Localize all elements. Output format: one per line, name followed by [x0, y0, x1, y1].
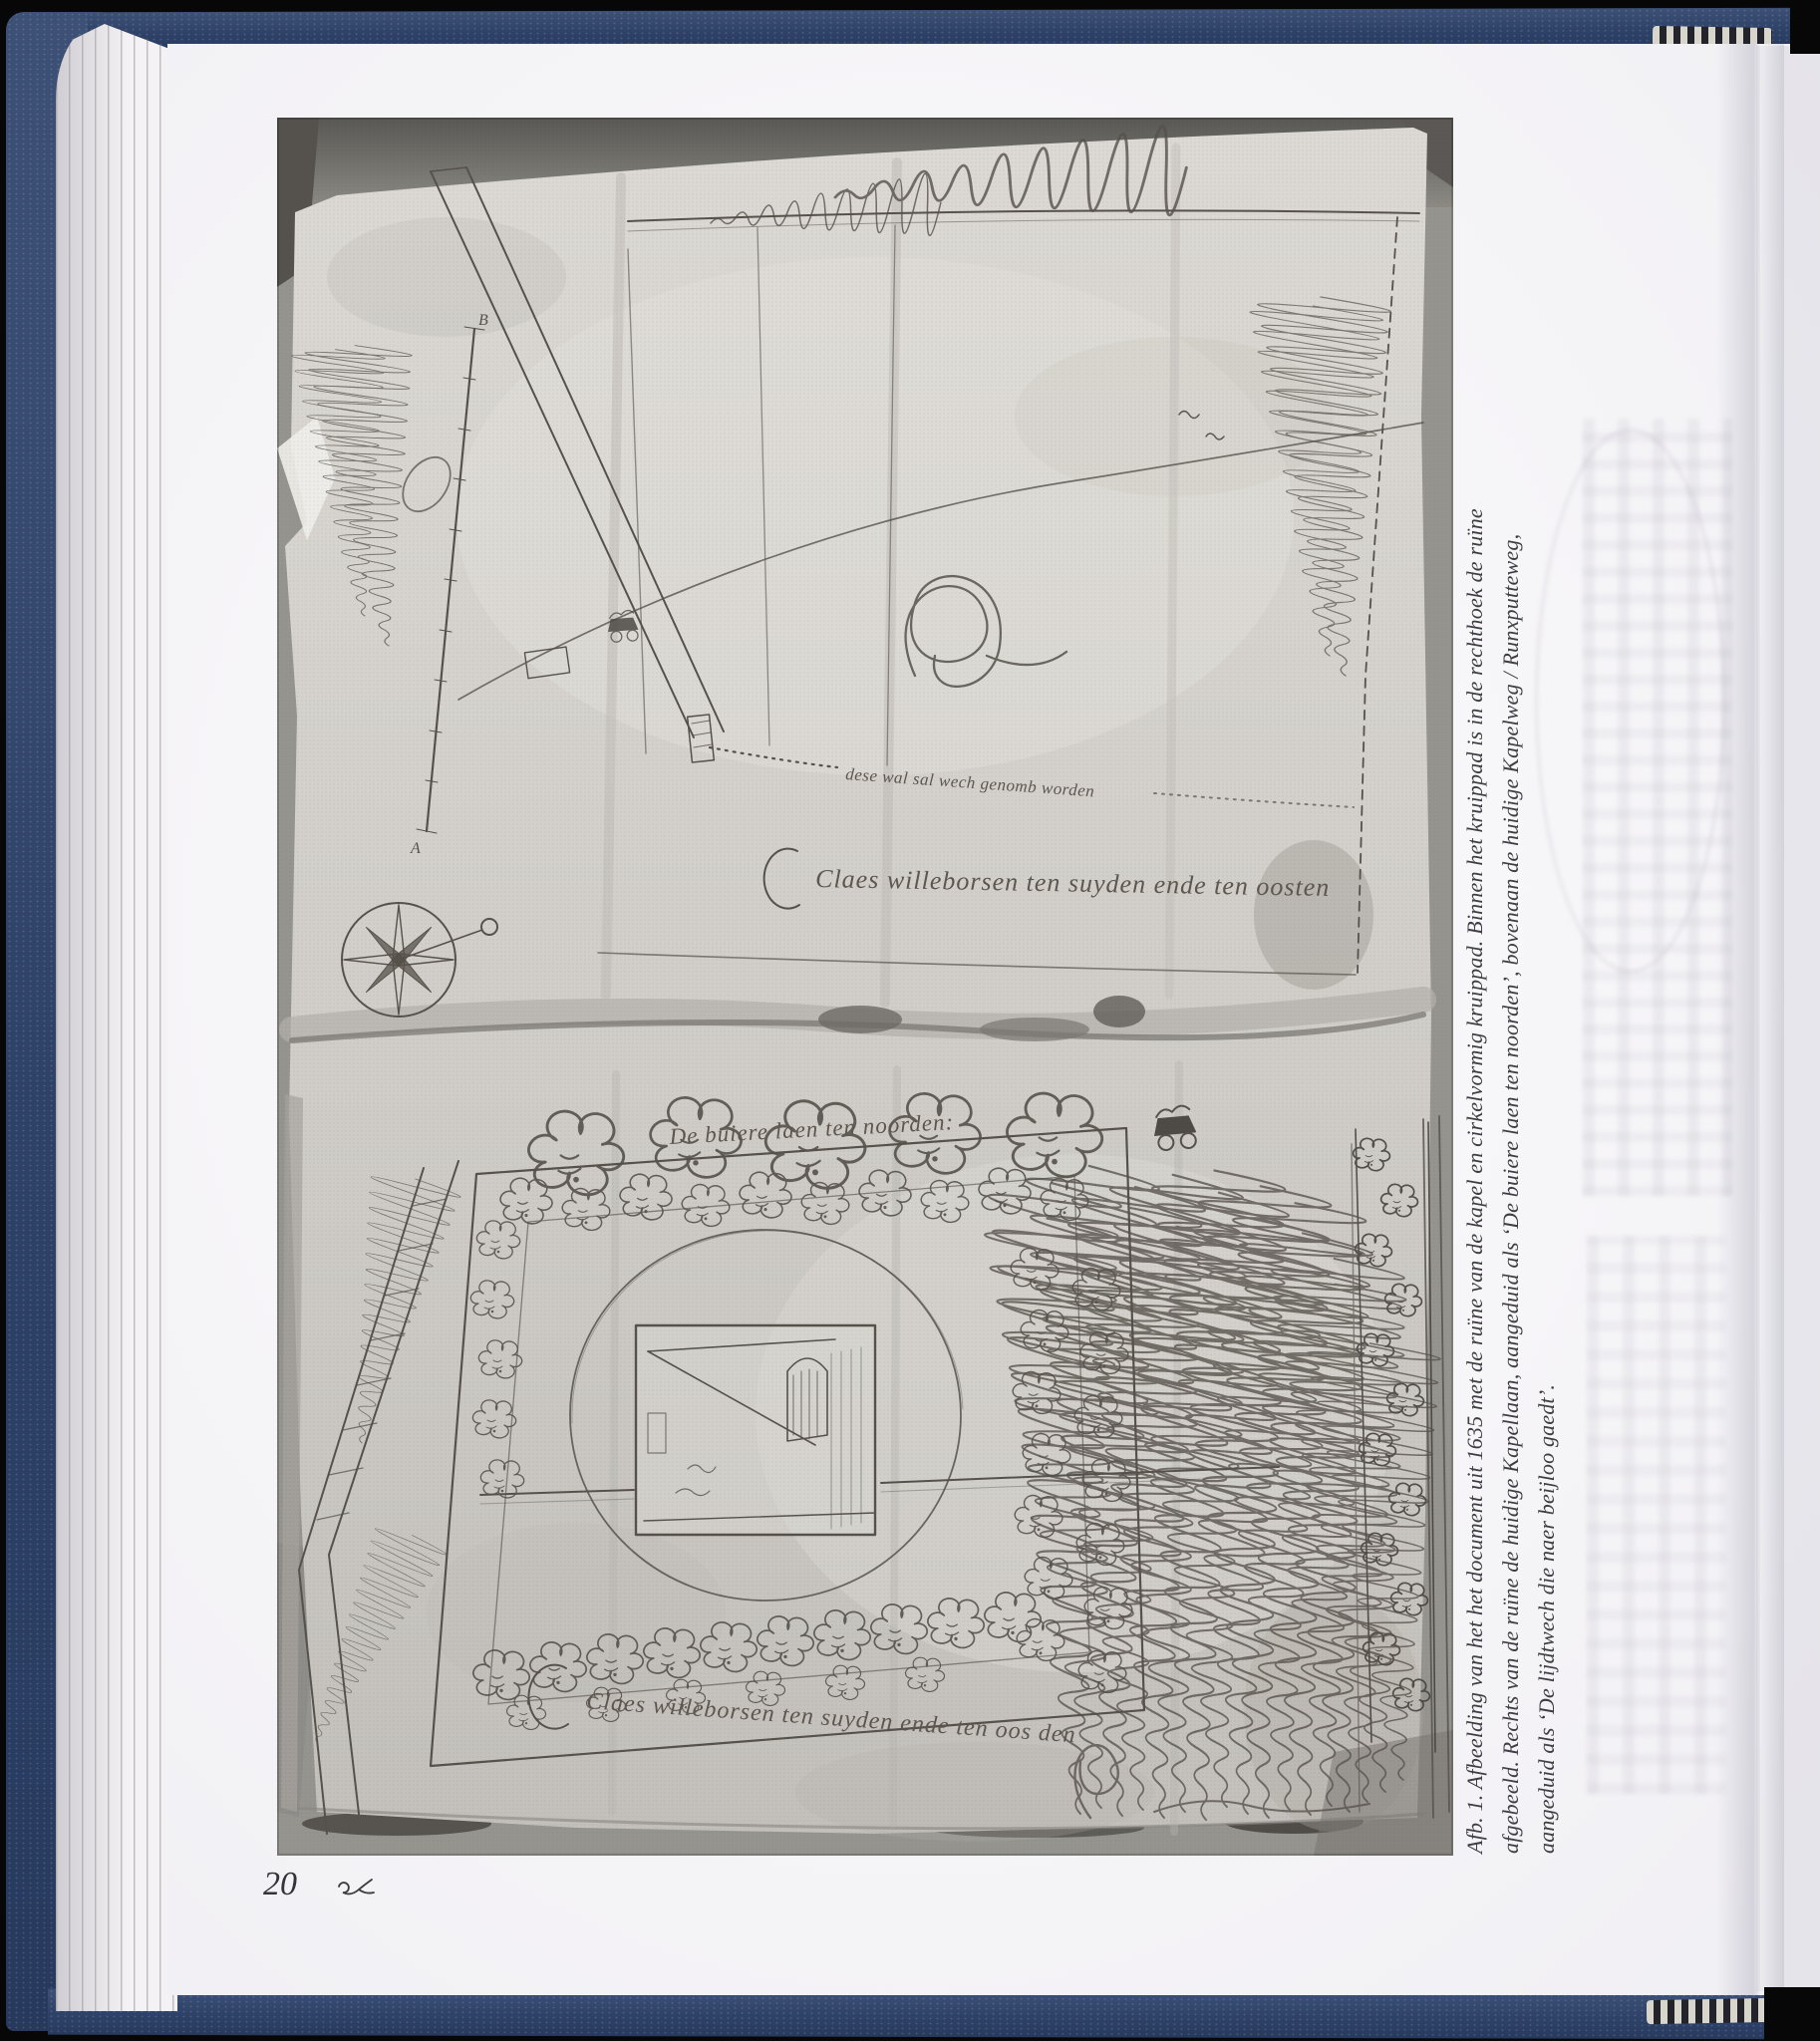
book-cover-bottom: [48, 1989, 1820, 2040]
printers-ornament-icon: [333, 1871, 383, 1898]
page-gutter-fold: [1716, 44, 1784, 1995]
caption-line-2: afgebeeld. Rechts van de ruïne de huidig…: [1493, 138, 1529, 1854]
caption-line-1: Afb. 1. Afbeelding van het het document …: [1457, 138, 1493, 1854]
background-corner: [1790, 0, 1820, 54]
caption-line-3: aangeduid als ‘De lijdtwech die naer bei…: [1529, 138, 1565, 1854]
page-number: 20: [263, 1866, 297, 1903]
headband-bottom: [1647, 1998, 1778, 2024]
page-edges-stack: [56, 20, 177, 2011]
historic-map-photo-1635: B A: [277, 118, 1453, 1856]
background-corner: [1764, 1987, 1820, 2041]
figure-caption: Afb. 1. Afbeelding van het het document …: [1457, 138, 1571, 1854]
book-photograph: B A: [0, 0, 1820, 2041]
halftone-overlay: [277, 118, 1453, 1856]
ghost-print-through: [1587, 1236, 1726, 1794]
page-footer: 20: [263, 1866, 383, 1903]
